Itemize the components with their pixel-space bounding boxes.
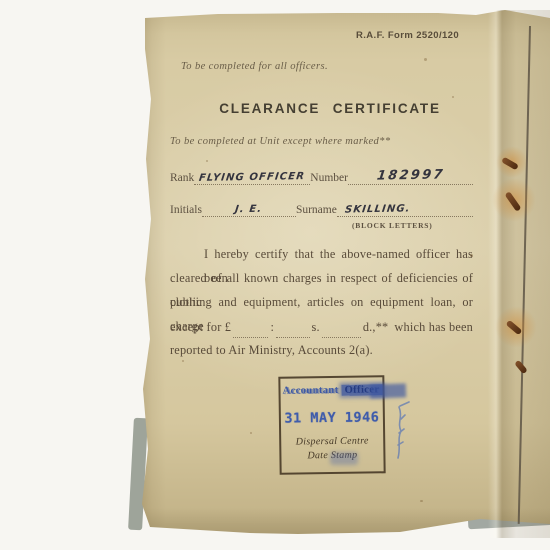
ink-smudge	[330, 452, 358, 465]
number-label: Number	[310, 172, 348, 185]
paper-speck	[182, 360, 184, 362]
shillings-abbrev: s.	[312, 316, 320, 338]
paper-speck	[470, 254, 473, 257]
pounds-blank	[233, 323, 268, 338]
initials-value-handwriting: J. E.	[235, 204, 264, 215]
paper-speck	[206, 160, 208, 162]
certification-paragraph: I hereby certify that the above-named of…	[170, 242, 473, 362]
ink-smudge	[370, 383, 406, 398]
number-value-handwriting: 182997	[376, 167, 445, 183]
pence-abbrev: d.,**	[363, 316, 389, 338]
surname-field: SKILLING.	[337, 203, 473, 217]
stamp-date: 31 MAY 1946	[281, 409, 383, 426]
initials-field: J. E.	[202, 203, 296, 217]
amount-colon: :	[270, 316, 274, 338]
paper-speck	[452, 96, 454, 98]
certificate-title: CLEARANCE CERTIFICATE	[180, 101, 480, 116]
rank-value-handwriting: FLYING OFFICER	[199, 171, 306, 184]
stamp-word-accountant: Accountant	[283, 385, 339, 397]
form-number: R.A.F. Form 2520/120	[356, 30, 486, 41]
accountant-officer-stamp: Accountant Officer	[282, 384, 382, 396]
paper-speck	[250, 432, 252, 434]
rank-number-row: Rank FLYING OFFICER Number 182997	[170, 168, 473, 185]
paragraph-line-amount: except for £ : s. d.,** which has been	[170, 314, 473, 338]
initials-surname-row: Initials J. E. Surname SKILLING.	[170, 203, 473, 217]
document-photo: R.A.F. Form 2520/120 To be completed for…	[0, 0, 550, 550]
paragraph-line: cleared of all known charges in respect …	[170, 266, 473, 290]
paper-speck	[424, 58, 427, 61]
booklet-cover-edge-left	[128, 418, 148, 531]
rank-field: FLYING OFFICER	[194, 171, 310, 185]
paragraph-line: reported to Air Ministry, Accounts 2(a).	[170, 338, 473, 362]
stamp-caption-dispersal-centre: Dispersal Centre	[281, 435, 383, 447]
paragraph-line: clothing and equipment, articles on equi…	[170, 290, 473, 314]
surname-label: Surname	[296, 204, 337, 217]
note-all-officers: To be completed for all officers.	[181, 61, 328, 72]
note-unit: To be completed at Unit except where mar…	[170, 136, 390, 147]
number-field: 182997	[348, 168, 473, 185]
surname-value-handwriting: SKILLING.	[344, 203, 411, 215]
shillings-blank	[276, 323, 309, 338]
amount-prefix: except for £	[170, 316, 231, 338]
paragraph-line: I hereby certify that the above-named of…	[170, 242, 473, 266]
paper-speck	[420, 500, 423, 502]
block-letters-note: (BLOCK LETTERS)	[352, 221, 433, 230]
rank-label: Rank	[170, 172, 194, 185]
amount-suffix: which has been	[394, 316, 473, 338]
pence-blank	[322, 323, 361, 338]
initials-label: Initials	[170, 204, 202, 217]
pen-mark	[389, 399, 411, 463]
